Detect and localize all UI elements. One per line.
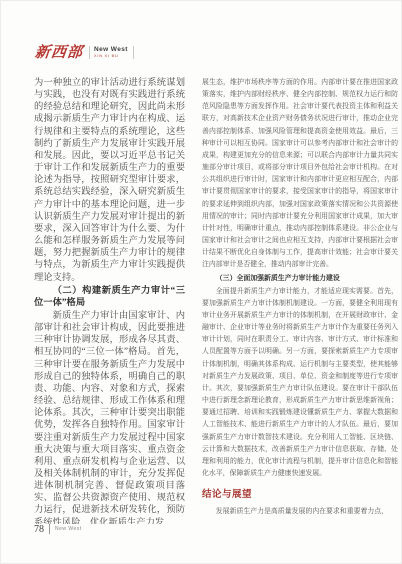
- journal-logo: 新西部 New West XIN XI BU: [35, 41, 134, 63]
- journal-page: 新西部 New West XIN XI BU 为一种独立的审计活动进行系统谋划与…: [0, 0, 402, 564]
- logo-divider-right: [133, 46, 134, 59]
- conclusion-heading: 结论与展望: [202, 489, 398, 501]
- logo-chinese-wordmark: 新西部: [34, 45, 84, 60]
- footer-journal-name: New West: [55, 526, 82, 532]
- page-footer: 78 New West: [34, 522, 82, 536]
- page-number: 78: [34, 524, 44, 535]
- left-paragraph-continuation: 为一种独立的审计活动进行系统谋划与实践，也没有对既有实践进行系统的经验总结和理论…: [34, 77, 185, 284]
- logo-english-wordmark: New West: [94, 46, 128, 53]
- logo-divider: [89, 46, 90, 59]
- left-column: 为一种独立的审计活动进行系统谋划与实践，也没有对既有实践进行系统的经验总结和理论…: [34, 77, 185, 524]
- section-two-heading: （二）构建新质生产力审计“三位一体”格局: [34, 285, 185, 309]
- logo-english-block: New West XIN XI BU: [94, 46, 128, 58]
- right-paragraph-continuation: 展生态，维护市场秩序等方面的作用。内部审计要在推进国家政策落实，维护内部财经秩序…: [202, 77, 398, 272]
- right-column: 展生态，维护市场秩序等方面的作用。内部审计要在推进国家政策落实，维护内部财经秩序…: [202, 77, 398, 539]
- logo-tagline: XIN XI BU: [94, 54, 128, 58]
- footer-divider: [49, 524, 50, 534]
- section-three-heading: （三）全面加强新质生产力审计能力建设: [202, 273, 398, 285]
- section-two-paragraph: 新质生产力审计由国家审计、内部审计和社会审计构成，因此要推进三种审计协调发展，形…: [34, 310, 185, 524]
- section-three-paragraph: 全面提升新质生产力审计能力，才能适应现实需要。首先，要加强新质生产力审计体制机制…: [202, 286, 398, 481]
- conclusion-paragraph: 发展新质生产力是高质量发展的内在要求和重要着力点，: [202, 506, 398, 518]
